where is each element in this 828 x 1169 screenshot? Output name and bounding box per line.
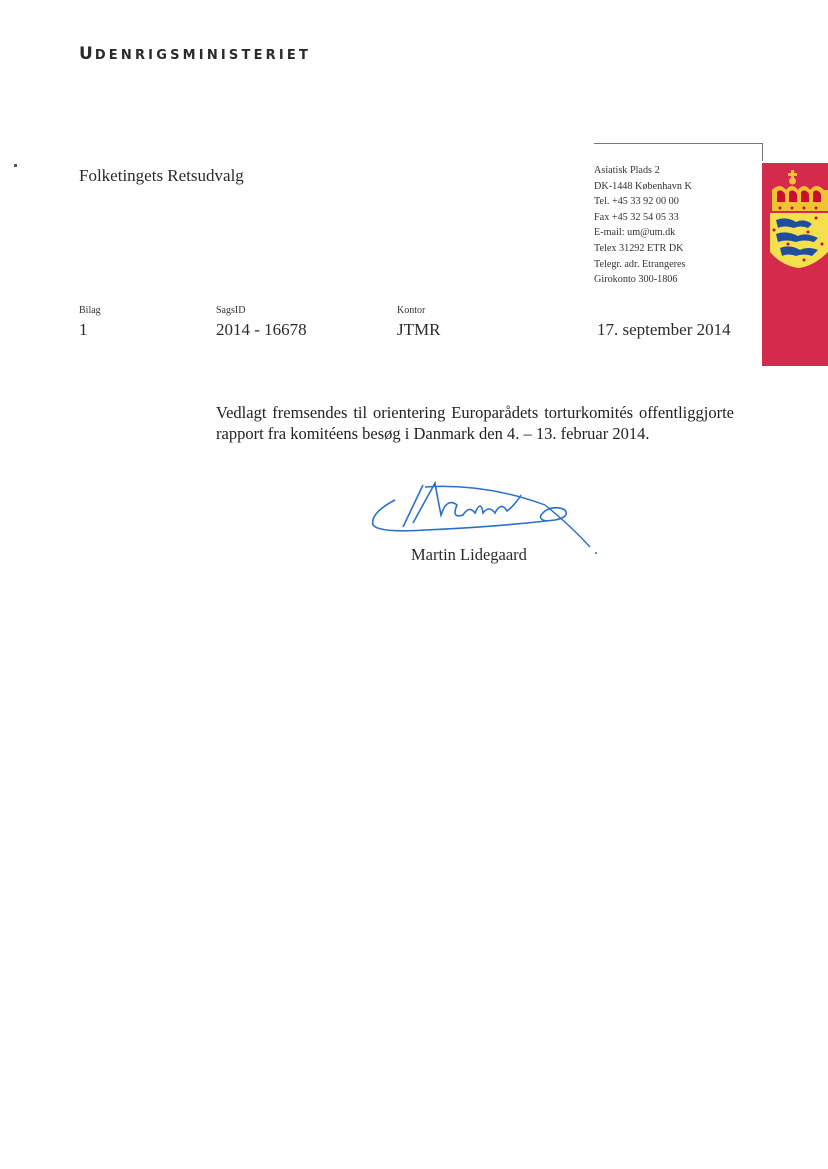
margin-mark [14, 164, 17, 167]
sagsid-value: 2014 - 16678 [216, 320, 307, 340]
address-line: Tel. +45 33 92 00 00 [594, 194, 692, 210]
recipient: Folketingets Retsudvalg [79, 166, 244, 186]
sender-address: Asiatisk Plads 2 DK-1448 København K Tel… [594, 163, 692, 288]
letterhead-rest: DENRIGSMINISTERIET [95, 48, 311, 63]
address-line: Girokonto 300-1806 [594, 272, 692, 288]
kontor-value: JTMR [397, 320, 440, 340]
bilag-value: 1 [79, 320, 88, 340]
ministry-letterhead: UDENRIGSMINISTERIET [79, 44, 311, 64]
sagsid-label: SagsID [216, 305, 245, 316]
address-line: Telex 31292 ETR DK [594, 241, 692, 257]
coat-of-arms-icon [768, 170, 828, 270]
kontor-label: Kontor [397, 305, 425, 316]
address-line: E-mail: um@um.dk [594, 225, 692, 241]
address-line: Telegr. adr. Etrangeres [594, 257, 692, 273]
letterhead-initial: U [79, 44, 95, 64]
address-line: DK-1448 København K [594, 179, 692, 195]
address-line: Asiatisk Plads 2 [594, 163, 692, 179]
bilag-label: Bilag [79, 305, 101, 316]
signer-name: Martin Lidegaard [411, 545, 527, 565]
letter-date: 17. september 2014 [597, 320, 731, 340]
letter-body: Vedlagt fremsendes til orientering Europ… [216, 402, 734, 444]
address-rule-vertical [762, 143, 763, 161]
address-rule [594, 143, 762, 144]
address-line: Fax +45 32 54 05 33 [594, 210, 692, 226]
